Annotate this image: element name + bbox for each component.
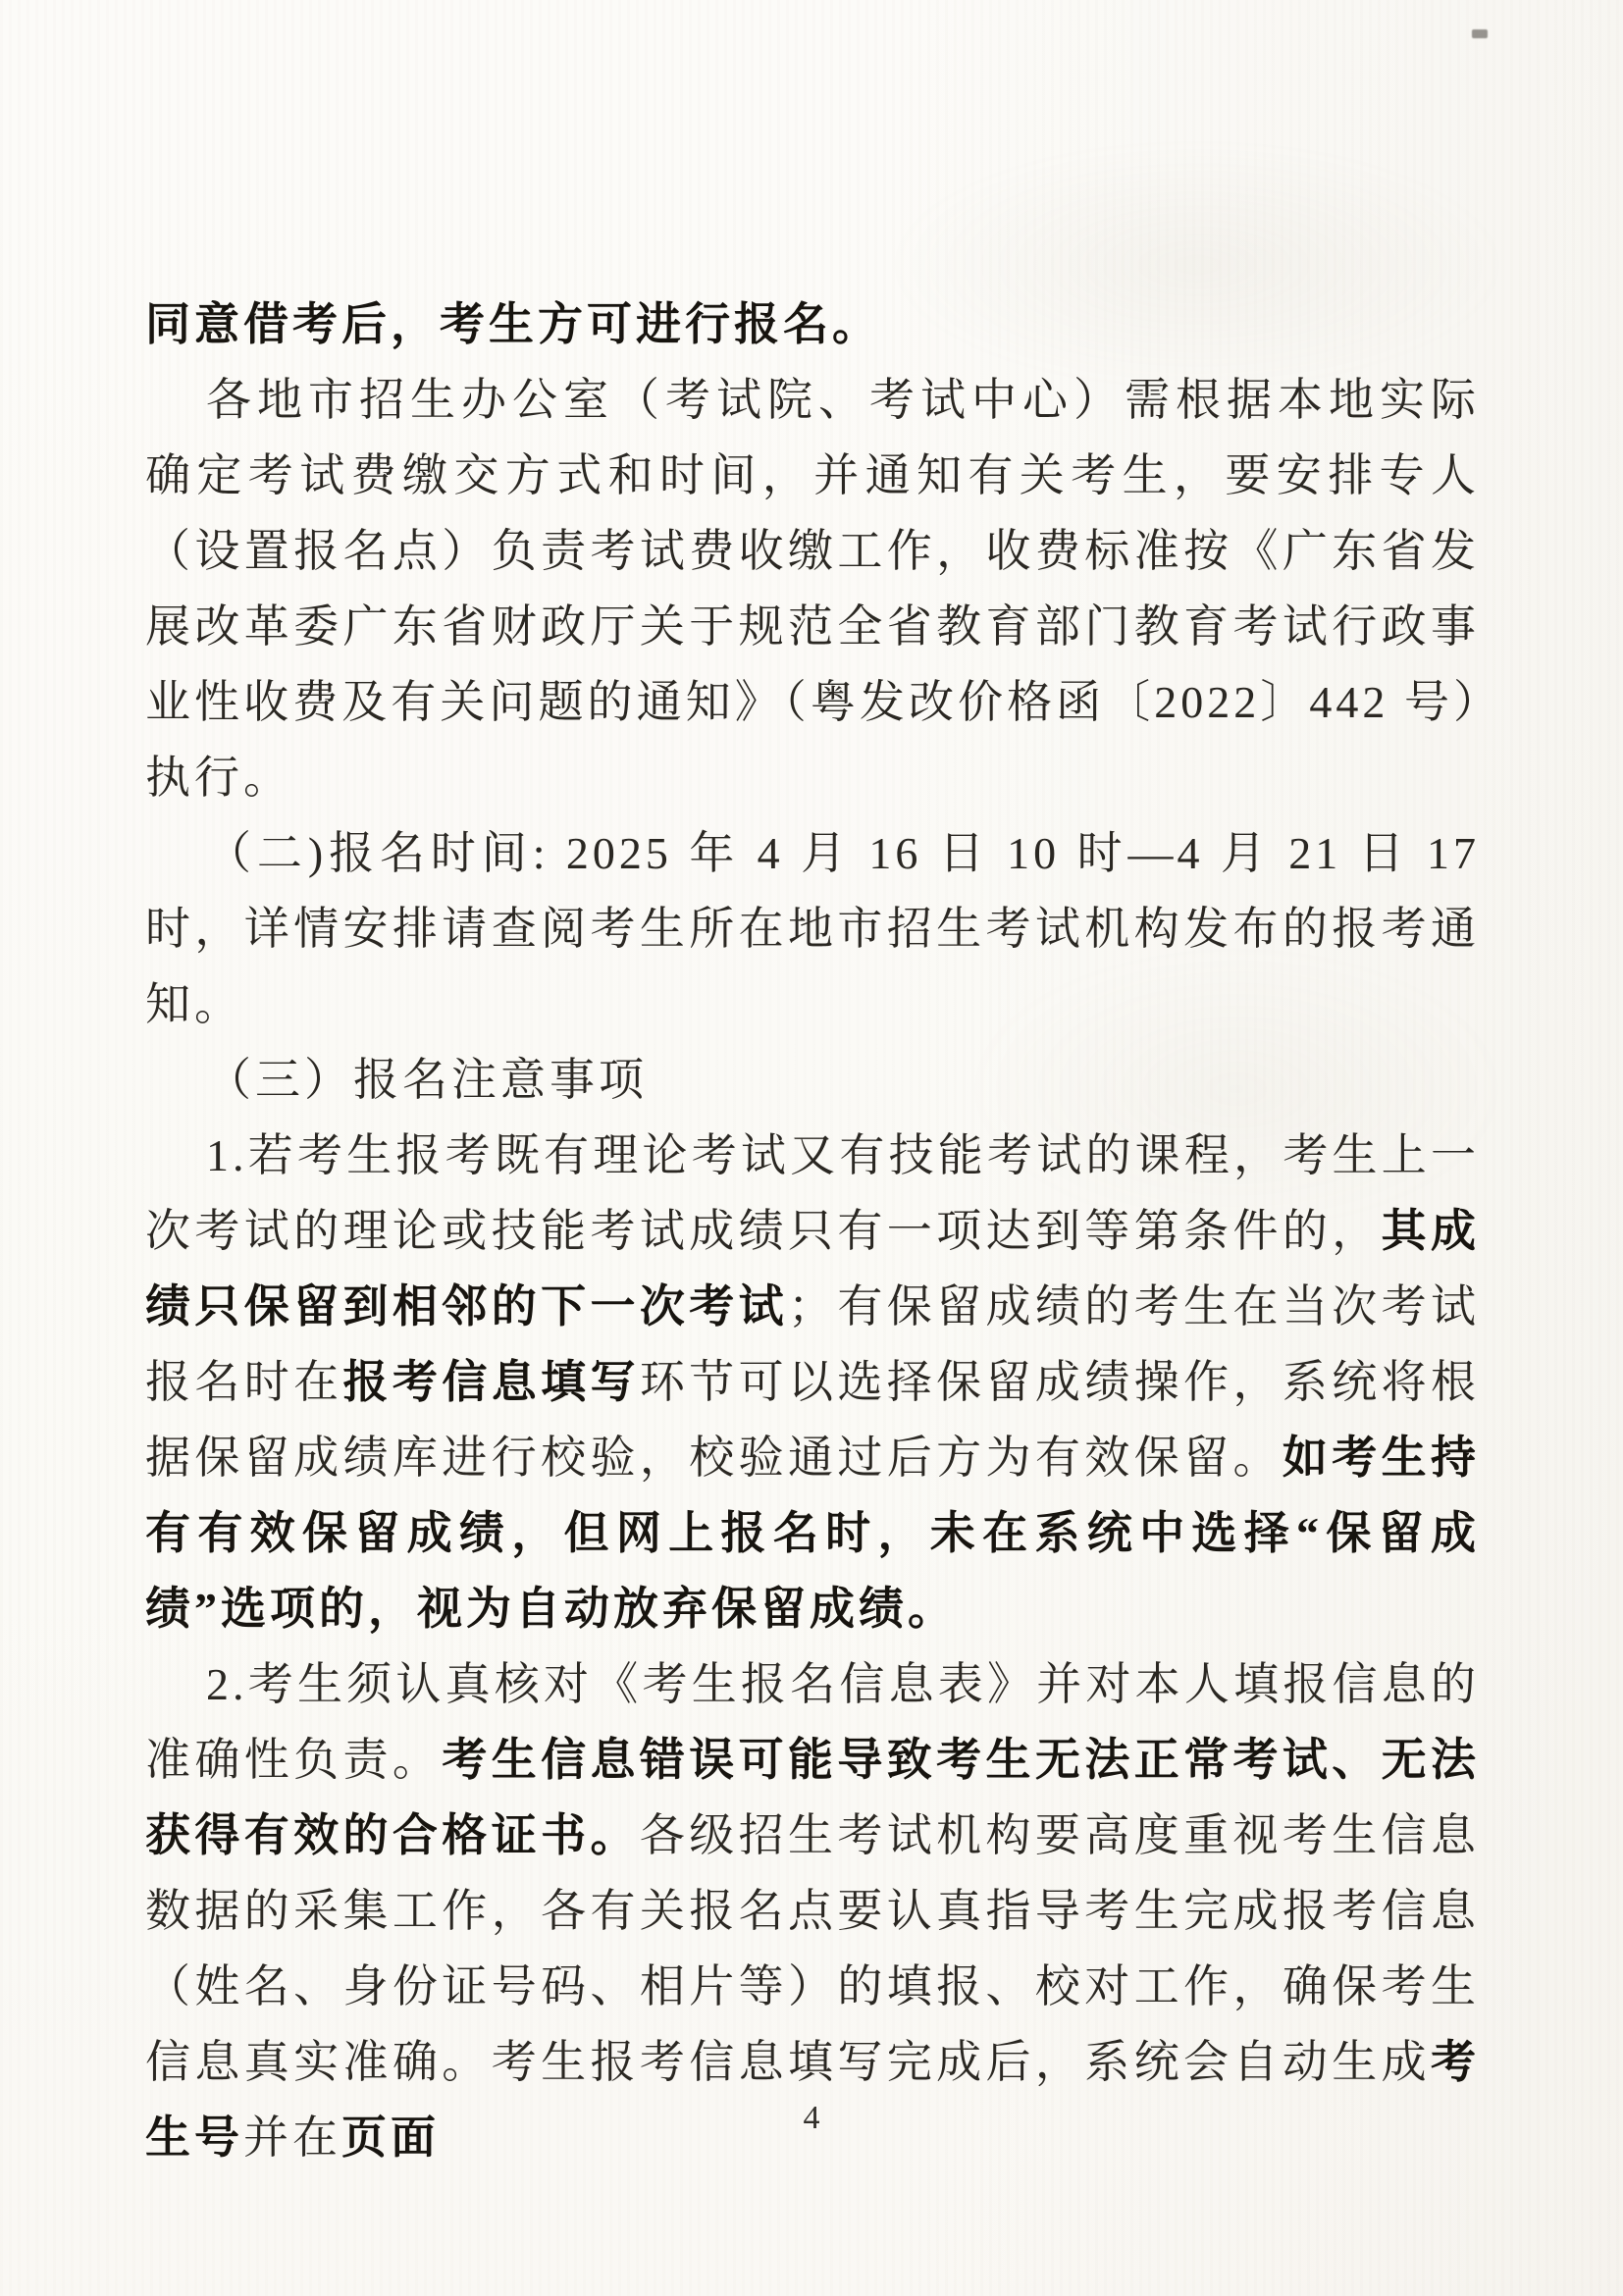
paragraph: 1.若考生报考既有理论考试又有技能考试的课程，考生上一次考试的理论或技能考试成绩…: [145, 1118, 1480, 1646]
paragraph: 各地市招生办公室（考试院、考试中心）需根据本地实际确定考试费缴交方式和时间，并通…: [145, 362, 1480, 815]
text-run: 各地市招生办公室（考试院、考试中心）需根据本地实际确定考试费缴交方式和时间，并通…: [145, 375, 1480, 803]
text-run: 1.若考生报考既有理论考试又有技能考试的课程，考生上一次考试的理论或技能考试成绩…: [145, 1130, 1480, 1256]
scanned-document-page: 同意借考后，考生方可进行报名。各地市招生办公室（考试院、考试中心）需根据本地实际…: [0, 0, 1623, 2296]
text-run: 报考信息填写: [343, 1357, 640, 1407]
document-body: 同意借考后，考生方可进行报名。各地市招生办公室（考试院、考试中心）需根据本地实际…: [145, 287, 1480, 2175]
text-run: （二)报名时间: 2025 年 4 月 16 日 10 时—4 月 21 日 1…: [145, 828, 1480, 1029]
paragraph: 同意借考后，考生方可进行报名。: [145, 287, 1480, 362]
paragraph: （三）报名注意事项: [145, 1042, 1480, 1118]
paragraph: 2.考生须认真核对《考生报名信息表》并对本人填报信息的准确性负责。考生信息错误可…: [145, 1646, 1480, 2175]
page-number: 4: [0, 2100, 1623, 2137]
scan-speck-artifact: [1472, 29, 1488, 38]
text-run: （三）报名注意事项: [206, 1055, 648, 1105]
paragraph: （二)报名时间: 2025 年 4 月 16 日 10 时—4 月 21 日 1…: [145, 815, 1480, 1042]
text-run: 同意借考后，考生方可进行报名。: [145, 299, 881, 349]
